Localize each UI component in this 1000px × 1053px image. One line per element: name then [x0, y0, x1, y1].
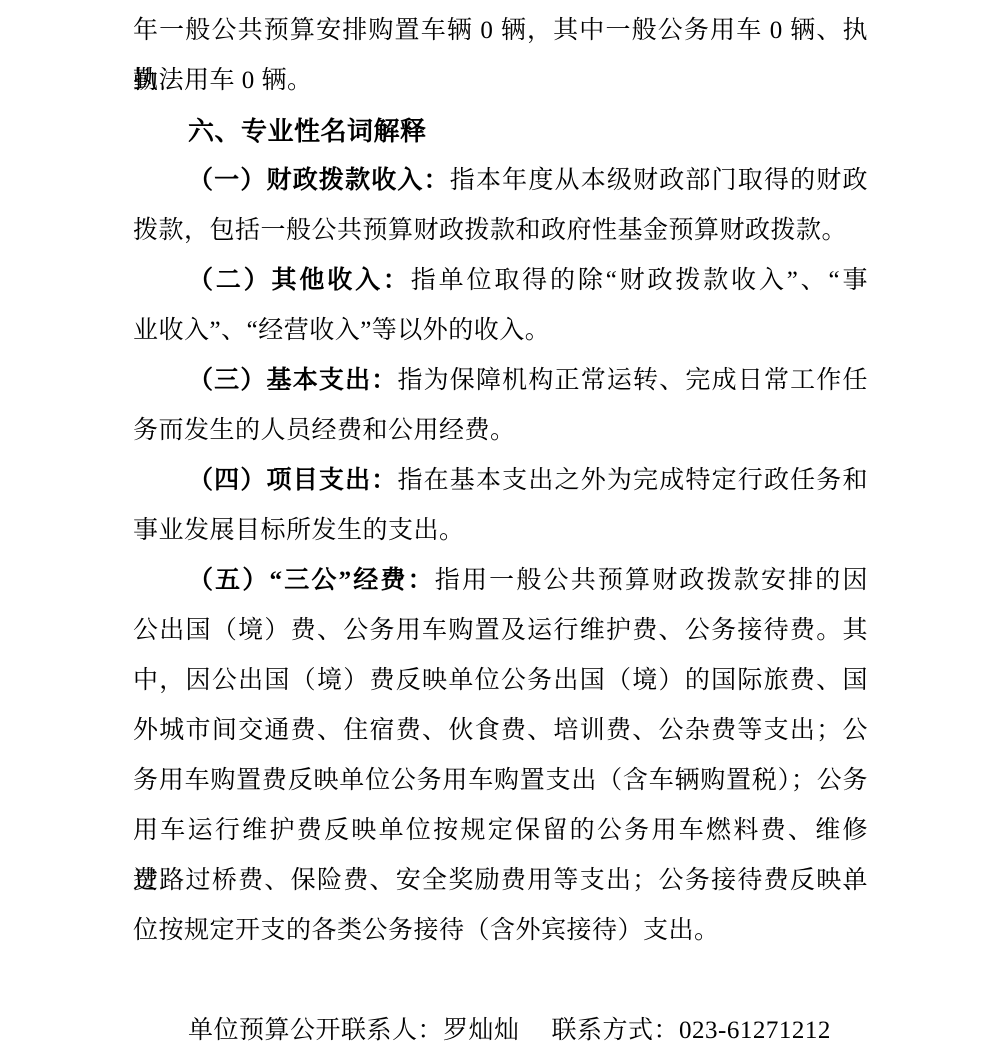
term-three-public-funds-line-1: （五）“三公”经费：指用一般公共预算财政拨款安排的因	[133, 556, 868, 606]
term-fiscal-appropriation-line-2: 拨款，包括一般公共预算财政拨款和政府性基金预算财政拨款。	[133, 206, 868, 256]
term-three-public-funds-line-8: 位按规定开支的各类公务接待（含外宾接待）支出。	[133, 906, 868, 956]
term-basic-expenditure-line-2: 务而发生的人员经费和公用经费。	[133, 406, 868, 456]
term-label: （二）其他收入：	[188, 267, 411, 294]
term-definition: 务而发生的人员经费和公用经费。	[133, 417, 516, 444]
term-definition: 拨款，包括一般公共预算财政拨款和政府性基金预算财政拨款。	[133, 217, 847, 244]
term-three-public-funds-line-7: 过路过桥费、保险费、安全奖励费用等支出；公务接待费反映单	[133, 856, 868, 906]
term-label: （五）“三公”经费：	[188, 567, 435, 594]
term-project-expenditure-line-2: 事业发展目标所发生的支出。	[133, 506, 868, 556]
term-definition: 中，因公出国（境）费反映单位公务出国（境）的国际旅费、国	[133, 667, 868, 694]
body-text: 执法用车 0 辆。	[133, 67, 313, 94]
term-label: （三）基本支出：	[188, 367, 397, 394]
term-other-income-line-1: （二）其他收入：指单位取得的除“财政拨款收入”、“事	[133, 256, 868, 306]
contact-method-text: 联系方式：023-61271212	[552, 1017, 831, 1044]
term-definition: 务用车购置费反映单位公务用车购置支出（含车辆购置税）；公务	[133, 767, 868, 794]
paragraph-vehicles-line-2: 执法用车 0 辆。	[133, 56, 868, 106]
term-definition: 指在基本支出之外为完成特定行政任务和	[397, 467, 868, 494]
term-other-income-line-2: 业收入”、“经营收入”等以外的收入。	[133, 306, 868, 356]
section-heading-terms: 六、专业性名词解释	[133, 106, 868, 156]
document-body: 年一般公共预算安排购置车辆 0 辆，其中一般公务用车 0 辆、执勤 执法用车 0…	[133, 6, 868, 1053]
term-definition: 过路过桥费、保险费、安全奖励费用等支出；公务接待费反映单	[133, 867, 868, 894]
term-three-public-funds-line-2: 公出国（境）费、公务用车购置及运行维护费、公务接待费。其	[133, 606, 868, 656]
term-label: （一）财政拨款收入：	[188, 167, 450, 194]
term-label: （四）项目支出：	[188, 467, 397, 494]
heading-text: 六、专业性名词解释	[188, 116, 427, 146]
term-project-expenditure-line-1: （四）项目支出：指在基本支出之外为完成特定行政任务和	[133, 456, 868, 506]
term-three-public-funds-line-3: 中，因公出国（境）费反映单位公务出国（境）的国际旅费、国	[133, 656, 868, 706]
term-definition: 指本年度从本级财政部门取得的财政	[450, 167, 868, 194]
term-fiscal-appropriation-line-1: （一）财政拨款收入：指本年度从本级财政部门取得的财政	[133, 156, 868, 206]
term-definition: 位按规定开支的各类公务接待（含外宾接待）支出。	[133, 917, 720, 944]
document-page: 年一般公共预算安排购置车辆 0 辆，其中一般公务用车 0 辆、执勤 执法用车 0…	[0, 0, 1000, 1053]
term-three-public-funds-line-6: 用车运行维护费反映单位按规定保留的公务用车燃料费、维修费、	[133, 806, 868, 856]
term-definition: 事业发展目标所发生的支出。	[133, 517, 465, 544]
contact-line: 单位预算公开联系人：罗灿灿联系方式：023-61271212	[133, 1006, 868, 1053]
term-definition: 指单位取得的除“财政拨款收入”、“事	[411, 267, 868, 294]
term-definition: 公出国（境）费、公务用车购置及运行维护费、公务接待费。其	[133, 617, 868, 644]
contact-person-text: 单位预算公开联系人：罗灿灿	[188, 1017, 520, 1044]
term-basic-expenditure-line-1: （三）基本支出：指为保障机构正常运转、完成日常工作任	[133, 356, 868, 406]
term-three-public-funds-line-5: 务用车购置费反映单位公务用车购置支出（含车辆购置税）；公务	[133, 756, 868, 806]
term-definition: 业收入”、“经营收入”等以外的收入。	[133, 317, 550, 344]
term-definition: 指为保障机构正常运转、完成日常工作任	[397, 367, 868, 394]
paragraph-vehicles-line-1: 年一般公共预算安排购置车辆 0 辆，其中一般公务用车 0 辆、执勤	[133, 6, 868, 56]
contact-spacer	[520, 1037, 552, 1038]
term-definition: 指用一般公共预算财政拨款安排的因	[435, 567, 868, 594]
term-three-public-funds-line-4: 外城市间交通费、住宿费、伙食费、培训费、公杂费等支出；公	[133, 706, 868, 756]
term-definition: 外城市间交通费、住宿费、伙食费、培训费、公杂费等支出；公	[133, 717, 868, 744]
